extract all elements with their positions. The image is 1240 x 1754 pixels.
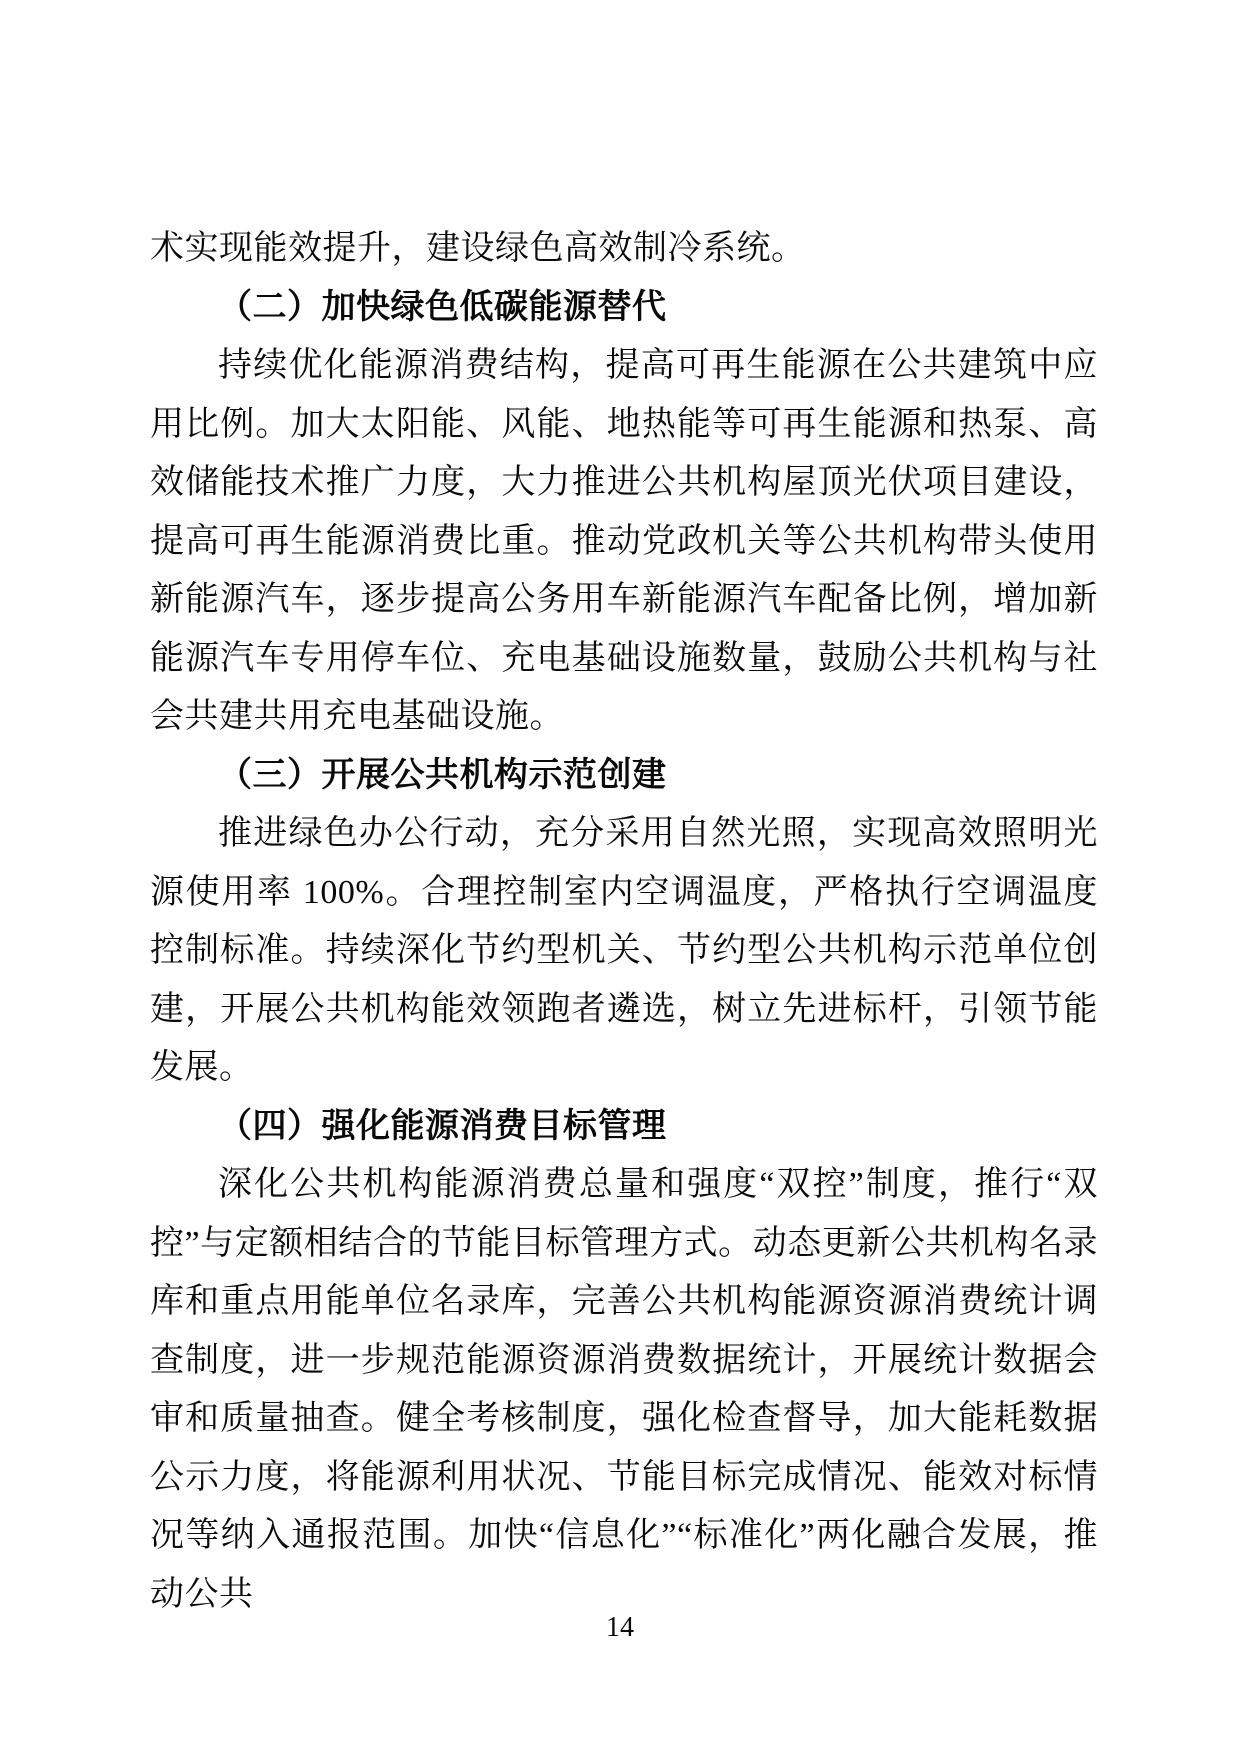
paragraph-continuation: 术实现能效提升，建设绿色高效制冷系统。	[150, 220, 1098, 279]
paragraph-section-2: 持续优化能源消费结构，提高可再生能源在公共建筑中应用比例。加大太阳能、风能、地热…	[150, 337, 1098, 747]
document-page: 术实现能效提升，建设绿色高效制冷系统。 （二）加快绿色低碳能源替代 持续优化能源…	[0, 0, 1240, 1754]
section-heading-3: （三）开展公共机构示范创建	[150, 747, 1098, 806]
section-heading-2: （二）加快绿色低碳能源替代	[150, 279, 1098, 338]
document-text-block: 术实现能效提升，建设绿色高效制冷系统。 （二）加快绿色低碳能源替代 持续优化能源…	[150, 220, 1098, 1624]
paragraph-section-3: 推进绿色办公行动，充分采用自然光照，实现高效照明光源使用率 100%。合理控制室…	[150, 805, 1098, 1098]
section-heading-4: （四）强化能源消费目标管理	[150, 1098, 1098, 1157]
page-number: 14	[0, 1608, 1240, 1648]
paragraph-section-4: 深化公共机构能源消费总量和强度“双控”制度，推行“双控”与定额相结合的节能目标管…	[150, 1156, 1098, 1624]
